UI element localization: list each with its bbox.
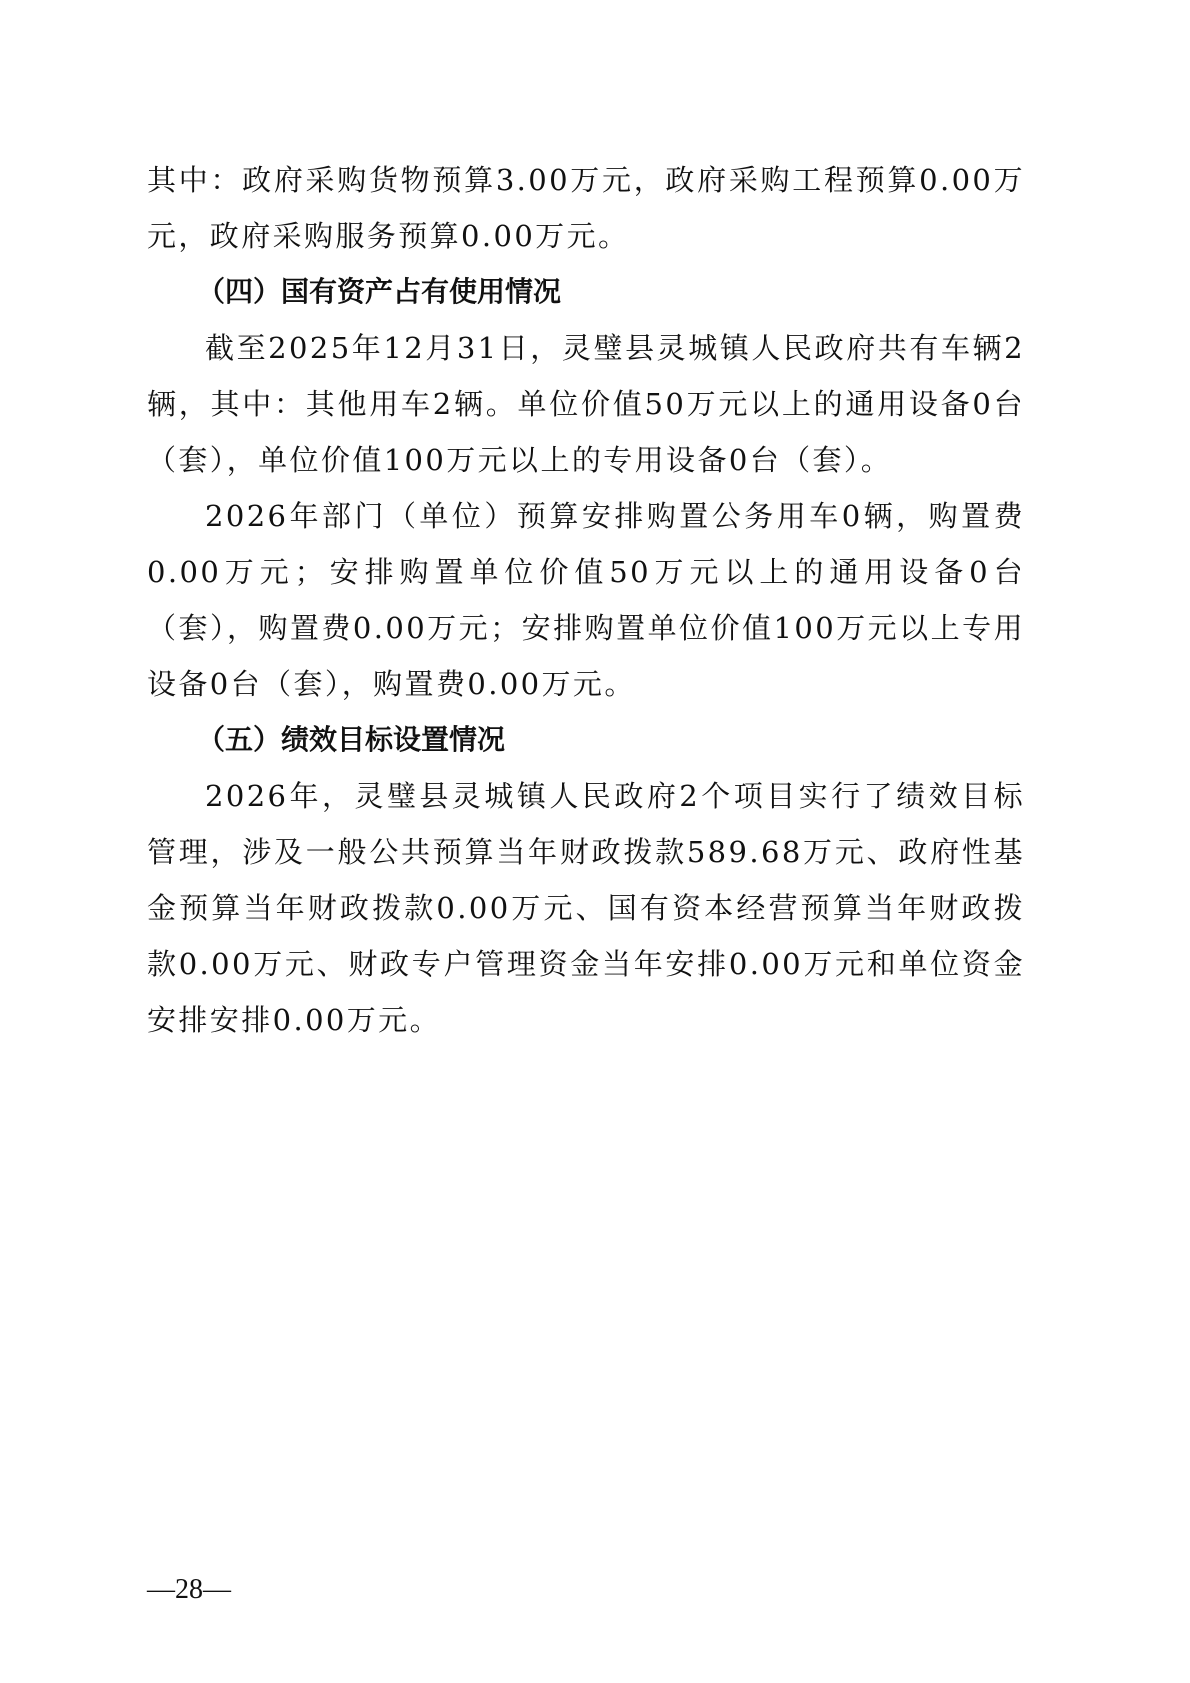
paragraph-procurement-budget: 其中：政府采购货物预算3.00万元，政府采购工程预算0.00万元，政府采购服务预…	[147, 152, 1025, 264]
paragraph-purchase-plan: 2026年部门（单位）预算安排购置公务用车0辆，购置费0.00万元；安排购置单位…	[147, 488, 1025, 712]
section-heading-state-assets: （四）国有资产占有使用情况	[147, 264, 1025, 320]
document-body: 其中：政府采购货物预算3.00万元，政府采购工程预算0.00万元，政府采购服务预…	[147, 152, 1025, 1048]
page-number: —28—	[147, 1572, 231, 1608]
section-heading-performance-goals: （五）绩效目标设置情况	[147, 712, 1025, 768]
paragraph-vehicles-equipment: 截至2025年12月31日，灵璧县灵城镇人民政府共有车辆2辆，其中：其他用车2辆…	[147, 320, 1025, 488]
paragraph-performance-management: 2026年，灵璧县灵城镇人民政府2个项目实行了绩效目标管理，涉及一般公共预算当年…	[147, 768, 1025, 1048]
